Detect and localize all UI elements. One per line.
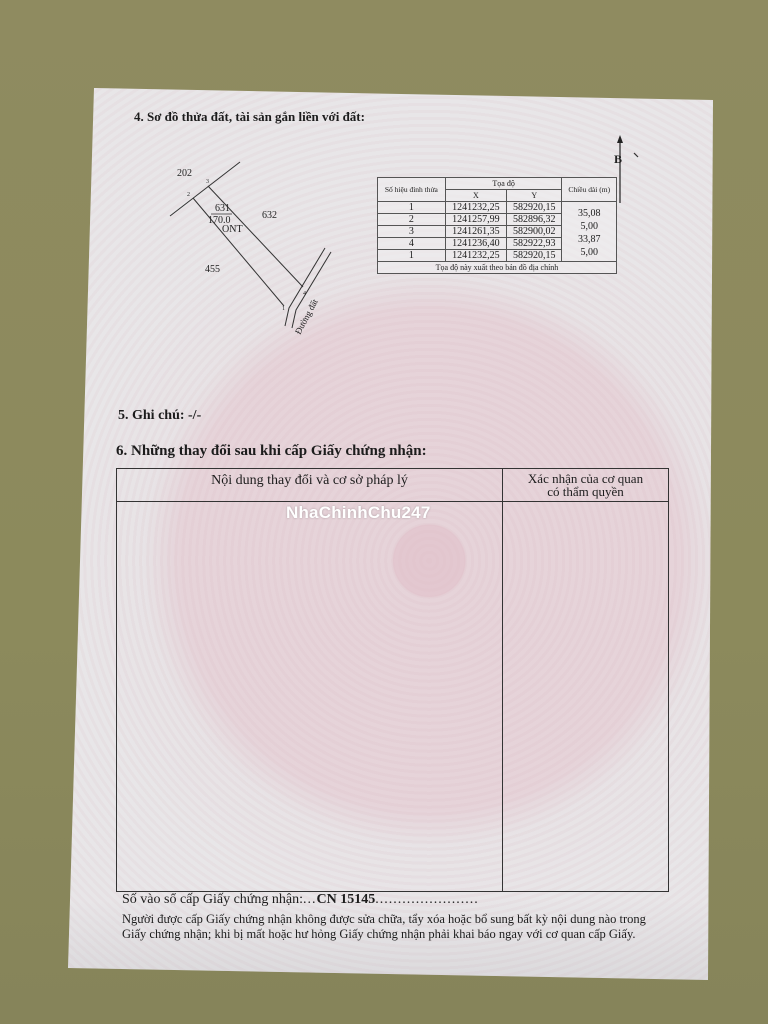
svg-text:4: 4 (303, 291, 306, 297)
table-footer: Tọa độ này xuất theo bản đồ địa chính (378, 262, 617, 274)
registry-number-line: Số vào sổ cấp Giấy chứng nhận:...CN 1514… (122, 892, 479, 908)
parcel-sketch: 202 632 455 631 170.0 ONT 2 3 1 4 Đường … (150, 150, 350, 340)
neighbor-202: 202 (177, 168, 192, 179)
neighbor-455: 455 (205, 264, 220, 275)
changes-table: Nội dung thay đổi và cơ sở pháp lý Xác n… (116, 468, 669, 892)
table-row: 1 1241232,25 582920,15 35,08 5,00 33,87 … (378, 202, 617, 214)
header-point: Số hiệu đỉnh thửa (378, 178, 446, 202)
parcel-diagram: 202 632 455 631 170.0 ONT 2 3 1 4 Đường … (150, 150, 350, 340)
header-x: X (445, 190, 506, 202)
road-label: Đường đất (293, 297, 320, 336)
land-use-code: ONT (222, 224, 243, 235)
content-column-header: Nội dung thay đổi và cơ sở pháp lý (117, 469, 502, 502)
length-column: 35,08 5,00 33,87 5,00 (562, 202, 617, 262)
svg-text:2: 2 (187, 192, 190, 198)
parcel-number: 631 (215, 203, 230, 214)
header-y: Y (507, 190, 562, 202)
svg-text:B: B (614, 152, 622, 166)
section-5-heading: 5. Ghi chú: -/- (118, 408, 201, 424)
section-6-heading: 6. Những thay đổi sau khi cấp Giấy chứng… (116, 443, 427, 460)
svg-text:3: 3 (206, 179, 209, 185)
header-coords: Tọa độ (445, 178, 562, 190)
neighbor-632: 632 (262, 210, 277, 221)
coordinate-table: Số hiệu đỉnh thửa Tọa độ Chiều dài (m) X… (377, 177, 617, 274)
svg-text:1: 1 (282, 306, 285, 312)
legal-notice: Người được cấp Giấy chứng nhận không đượ… (122, 912, 662, 942)
header-length: Chiều dài (m) (562, 178, 617, 202)
registry-number: CN 15145 (317, 892, 376, 907)
section-4-heading: 4. Sơ đồ thửa đất, tài sản gắn liền với … (134, 109, 365, 125)
confirmation-column: Xác nhận của cơ quan có thẩm quyền (503, 469, 668, 891)
content-column: Nội dung thay đổi và cơ sở pháp lý (117, 469, 503, 891)
watermark: NhaChinhChu247 (286, 503, 430, 523)
confirmation-column-header: Xác nhận của cơ quan có thẩm quyền (503, 469, 668, 502)
